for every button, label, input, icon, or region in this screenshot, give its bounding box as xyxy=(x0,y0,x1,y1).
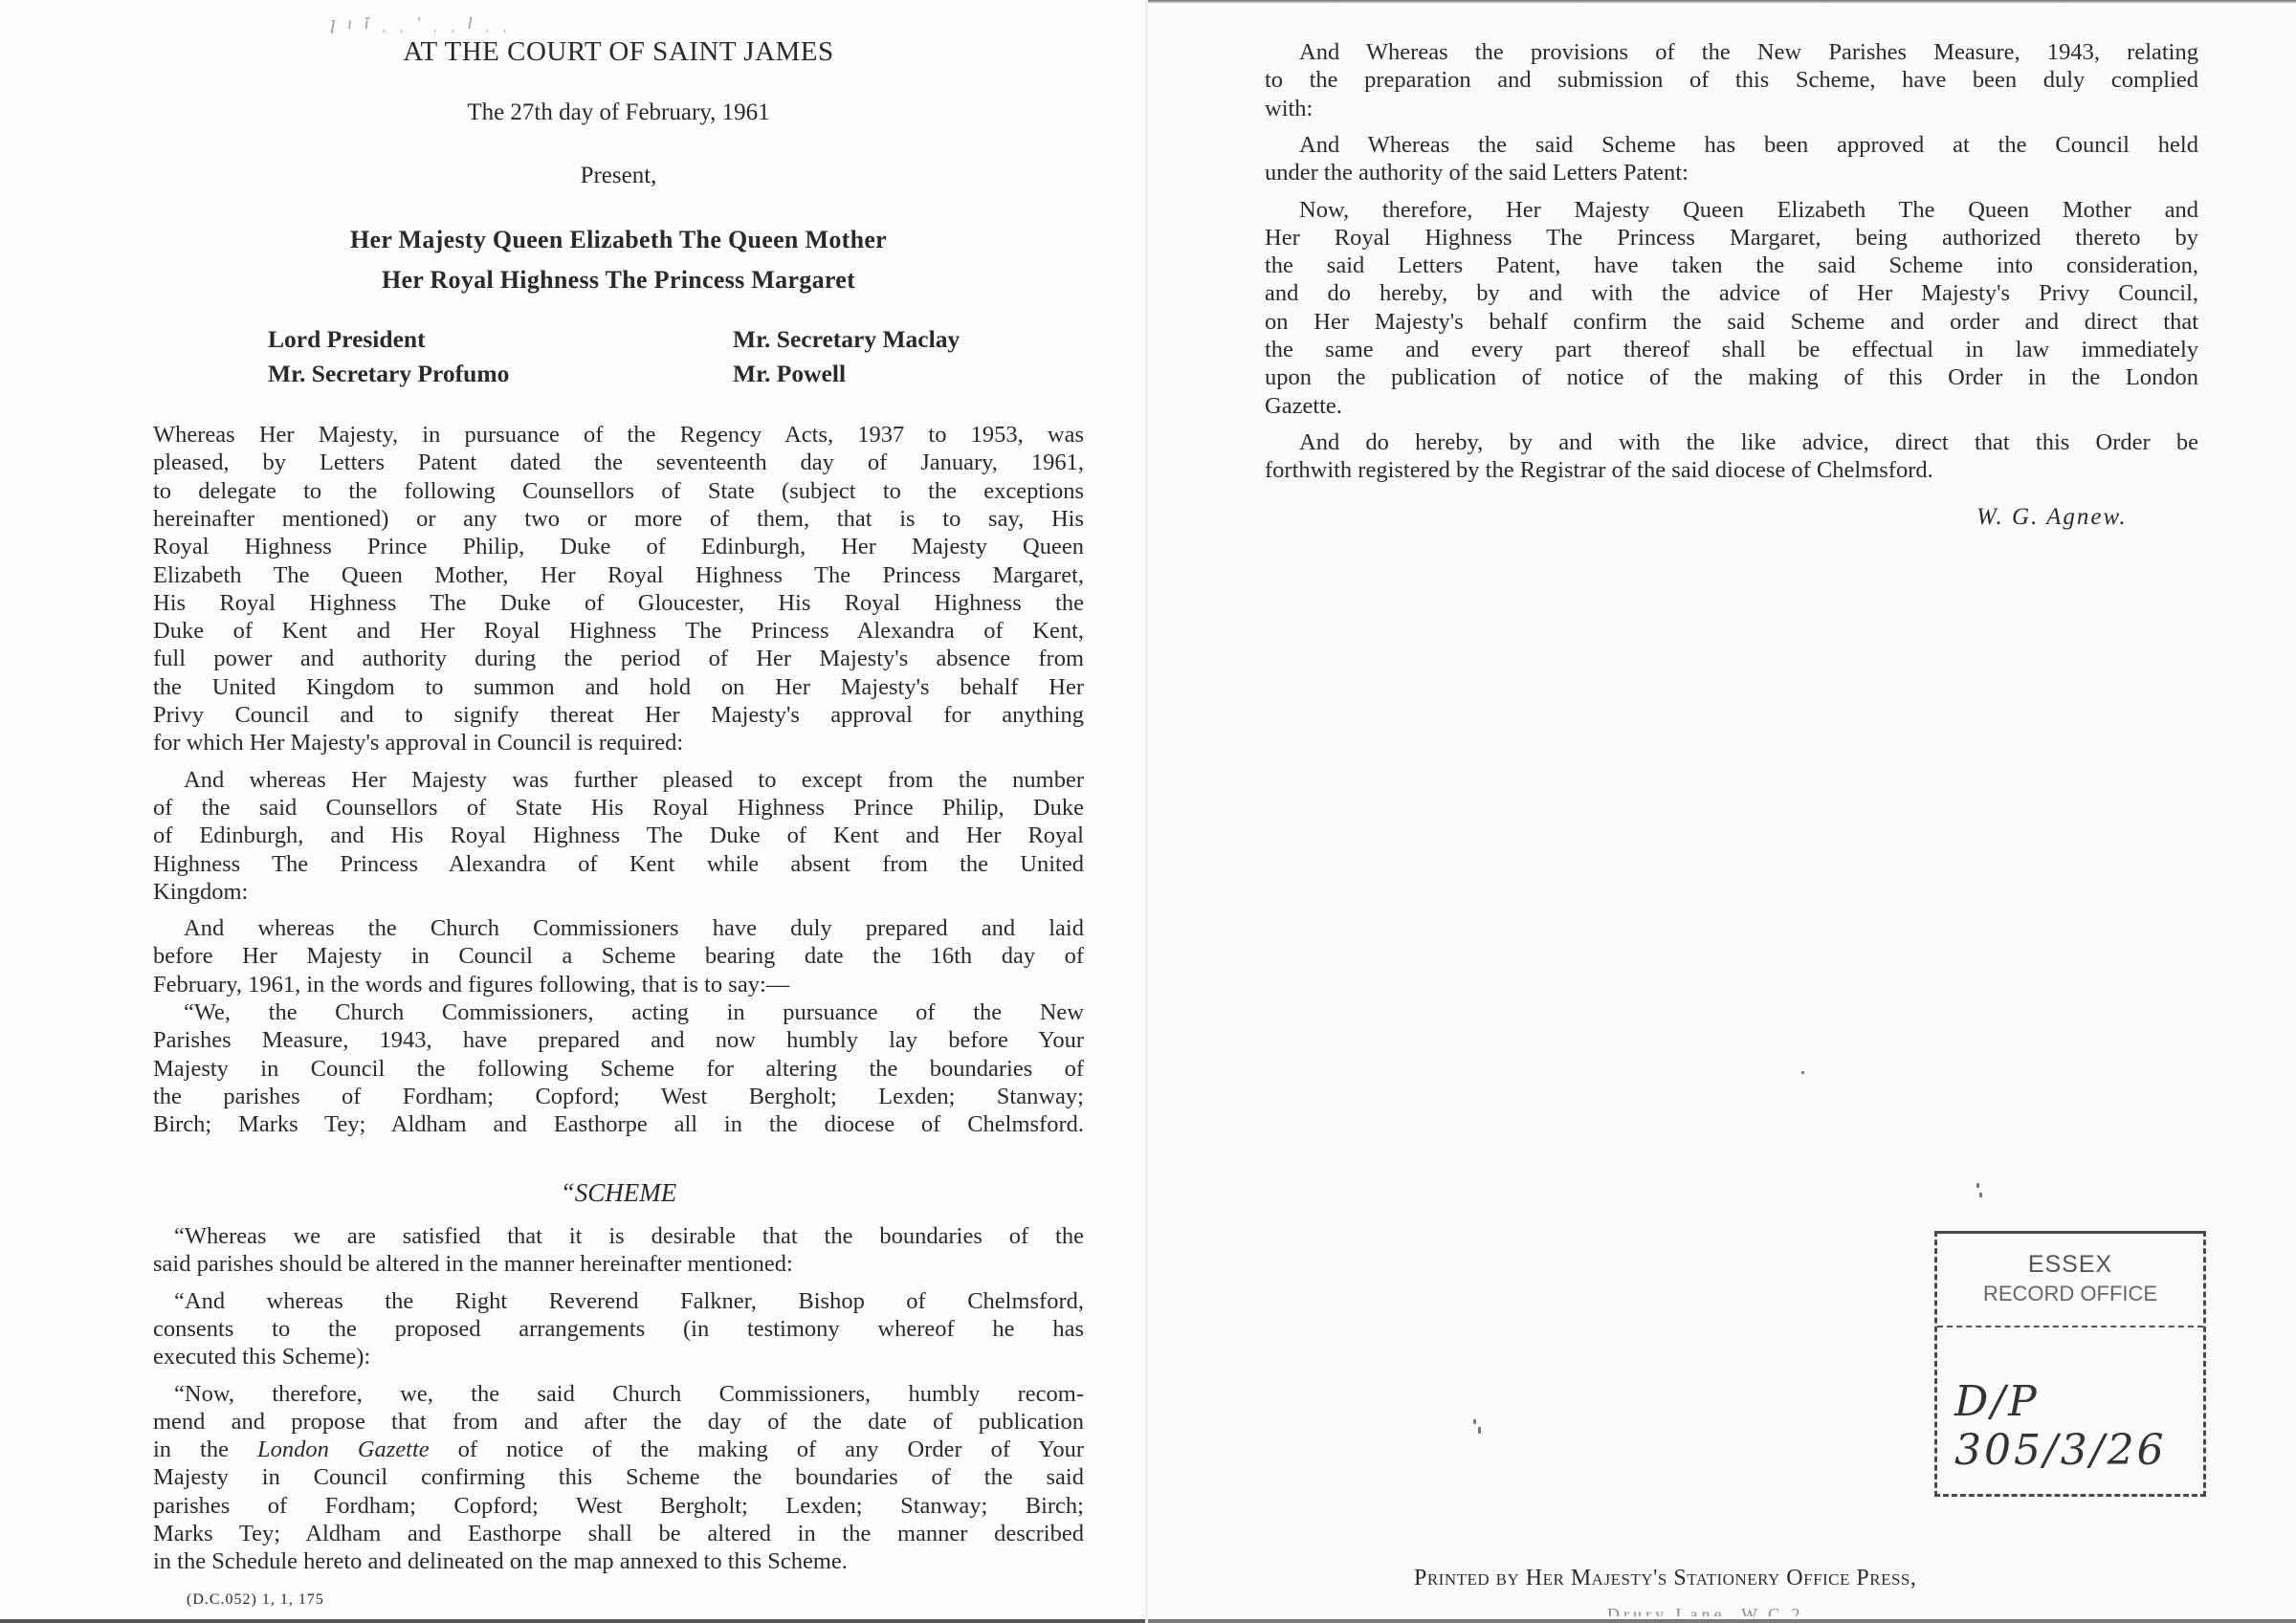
text-line: Kingdom: xyxy=(153,878,1084,907)
scheme-heading: “SCHEME xyxy=(153,1178,1084,1208)
text-line: February, 1961, in the words and figures… xyxy=(153,971,1084,999)
text-line: And Whereas the provisions of the New Pa… xyxy=(1299,38,2198,67)
text-line: upon the publication of notice of the ma… xyxy=(1265,363,2198,392)
text-line: full power and authority during the peri… xyxy=(153,645,1084,673)
document-title: AT THE COURT OF SAINT JAMES xyxy=(153,36,1084,68)
text-line: to delegate to the following Counsellors… xyxy=(153,477,1084,506)
text-line: for which Her Majesty's approval in Coun… xyxy=(153,729,1084,757)
present-label: Present, xyxy=(153,163,1084,189)
text-line: the same and every part thereof shall be… xyxy=(1265,336,2198,364)
text-line: And whereas the Church Commissioners hav… xyxy=(184,914,1084,943)
text-line: Royal Highness Prince Philip, Duke of Ed… xyxy=(153,533,1084,561)
page-gutter xyxy=(1145,0,1148,1623)
text-line: on Her Majesty's behalf confirm the said… xyxy=(1265,308,2198,337)
text-line: the said Letters Patent, have taken the … xyxy=(1265,252,2198,280)
text-line: before Her Majesty in Council a Scheme b… xyxy=(153,942,1084,971)
text-line: Elizabeth The Queen Mother, Her Royal Hi… xyxy=(153,561,1084,590)
text-line: “We, the Church Commissioners, acting in… xyxy=(184,998,1084,1027)
clerk-signature: W. G. Agnew. xyxy=(1976,504,2128,531)
text-line: Parishes Measure, 1943, have prepared an… xyxy=(153,1026,1084,1055)
left-page-bottom-edge xyxy=(0,1619,1145,1623)
text-line: And whereas Her Majesty was further plea… xyxy=(184,766,1084,795)
printer-imprint: Printed by Her Majesty's Stationery Offi… xyxy=(1414,1566,1916,1591)
pencil-annotation: ꞁ ı ǐ ˌ ˌ ' ˌ ˌ l ˌ ˌ xyxy=(330,13,512,33)
stamp-title: ESSEX xyxy=(1937,1251,2203,1279)
text-line: Majesty in Council confirming this Schem… xyxy=(153,1463,1084,1492)
text-line: “And whereas the Right Reverend Falkner,… xyxy=(174,1287,1084,1316)
text-line: the United Kingdom to summon and hold on… xyxy=(153,673,1084,702)
ink-speck xyxy=(1473,1419,1476,1424)
text-line: Her Royal Highness The Princess Margaret… xyxy=(1265,224,2198,252)
text-line: of Edinburgh, and His Royal Highness The… xyxy=(153,822,1084,850)
text-line: under the authority of the said Letters … xyxy=(1265,159,2198,187)
attendee-secretary-maclay: Mr. Secretary Maclay xyxy=(733,325,960,354)
text-line: said parishes should be altered in the m… xyxy=(153,1250,1084,1279)
text-line: pleased, by Letters Patent dated the sev… xyxy=(153,449,1084,477)
right-page-top-edge xyxy=(1148,0,2296,3)
archive-reference-number: D/P 305/3/26 xyxy=(1954,1377,2203,1475)
text-line: forthwith registered by the Registrar of… xyxy=(1265,456,2198,485)
text-line: And Whereas the said Scheme has been app… xyxy=(1299,131,2198,160)
attendee-lord-president: Lord President xyxy=(268,325,426,354)
text-line: “Whereas we are satisfied that it is des… xyxy=(174,1222,1084,1251)
text-line: And do hereby, by and with the like advi… xyxy=(1299,428,2198,457)
italic-publication-name: London Gazette xyxy=(257,1437,430,1462)
text-line: hereinafter mentioned) or any two or mor… xyxy=(153,505,1084,534)
text-line: the parishes of Fordham; Copford; West B… xyxy=(153,1083,1084,1111)
record-office-stamp: ESSEX RECORD OFFICE D/P 305/3/26 xyxy=(1934,1231,2206,1497)
text-line: executed this Scheme): xyxy=(153,1343,1084,1371)
text-line: Majesty in Council the following Scheme … xyxy=(153,1055,1084,1084)
stamp-subtitle: RECORD OFFICE xyxy=(1937,1282,2203,1306)
ink-speck xyxy=(1801,1071,1804,1074)
royal-presence-queen-mother: Her Majesty Queen Elizabeth The Queen Mo… xyxy=(153,226,1084,254)
text-line: Duke of Kent and Her Royal Highness The … xyxy=(153,617,1084,646)
stamp-divider xyxy=(1937,1326,2203,1327)
text-line: in the Schedule hereto and delineated on… xyxy=(153,1547,1084,1576)
text-line: His Royal Highness The Duke of Glouceste… xyxy=(153,589,1084,618)
text-line: Birch; Marks Tey; Aldham and Easthorpe a… xyxy=(153,1110,1084,1139)
text-line: of the said Counsellors of State His Roy… xyxy=(153,794,1084,822)
text-line: parishes of Fordham; Copford; West Bergh… xyxy=(153,1492,1084,1521)
attendee-secretary-profumo: Mr. Secretary Profumo xyxy=(268,360,509,388)
text-line: to the preparation and submission of thi… xyxy=(1265,66,2198,95)
text-line: Highness The Princess Alexandra of Kent … xyxy=(153,850,1084,879)
right-page-bottom-edge xyxy=(1148,1619,2296,1623)
ink-speck xyxy=(1979,1193,1982,1197)
text-line: “Now, therefore, we, the said Church Com… xyxy=(174,1380,1084,1409)
text-line: Now, therefore, Her Majesty Queen Elizab… xyxy=(1299,196,2198,225)
text-line: Whereas Her Majesty, in pursuance of the… xyxy=(153,421,1084,450)
text-line: with: xyxy=(1265,95,2198,123)
attendee-mr-powell: Mr. Powell xyxy=(733,360,846,388)
order-date: The 27th day of February, 1961 xyxy=(153,99,1084,126)
printer-address-cut-off: Drury Lane, W.C.2 xyxy=(1607,1605,1803,1616)
text-line: in the London Gazette of notice of the m… xyxy=(153,1436,1084,1464)
text-line: consents to the proposed arrangements (i… xyxy=(153,1315,1084,1344)
text-line: mend and propose that from and after the… xyxy=(153,1408,1084,1437)
ink-speck xyxy=(1478,1427,1481,1434)
text-line: and do hereby, by and with the advice of… xyxy=(1265,279,2198,308)
text-line: Gazette. xyxy=(1265,392,2198,421)
print-reference-code: (D.C.052) 1, 1, 175 xyxy=(187,1591,324,1609)
royal-presence-princess-margaret: Her Royal Highness The Princess Margaret xyxy=(153,266,1084,295)
ink-speck xyxy=(1976,1183,1979,1188)
text-line: Privy Council and to signify thereat Her… xyxy=(153,701,1084,730)
text-line: Marks Tey; Aldham and Easthorpe shall be… xyxy=(153,1520,1084,1548)
